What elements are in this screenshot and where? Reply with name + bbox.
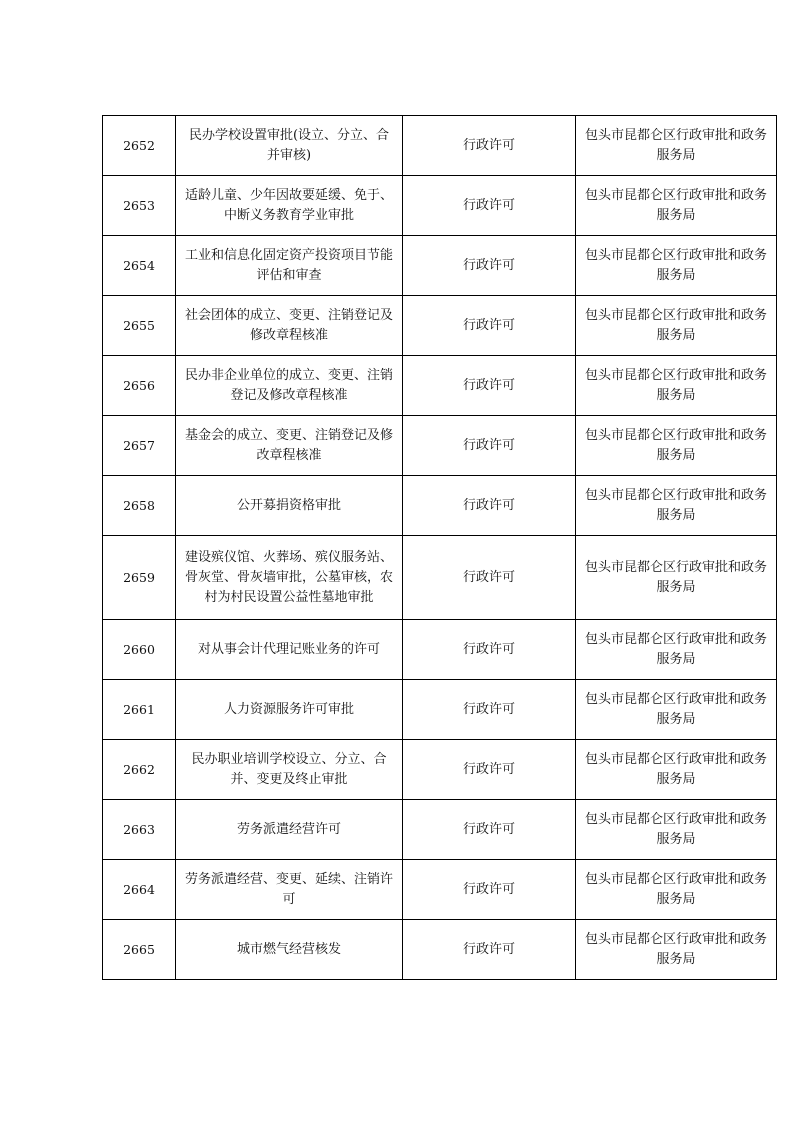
table-row: 2652民办学校设置审批(设立、分立、合并审核)行政许可包头市昆都仑区行政审批和… <box>103 116 777 176</box>
item-department: 包头市昆都仑区行政审批和政务服务局 <box>576 176 777 236</box>
item-type: 行政许可 <box>403 800 576 860</box>
item-number: 2660 <box>103 620 176 680</box>
item-name: 劳务派遣经营许可 <box>176 800 403 860</box>
item-type: 行政许可 <box>403 740 576 800</box>
item-name: 建设殡仪馆、火葬场、殡仪服务站、骨灰堂、骨灰墙审批，公墓审核，农村为村民设置公益… <box>176 536 403 620</box>
item-department: 包头市昆都仑区行政审批和政务服务局 <box>576 740 777 800</box>
item-number: 2655 <box>103 296 176 356</box>
item-type: 行政许可 <box>403 116 576 176</box>
item-number: 2653 <box>103 176 176 236</box>
item-name: 人力资源服务许可审批 <box>176 680 403 740</box>
table-row: 2660对从事会计代理记账业务的许可行政许可包头市昆都仑区行政审批和政务服务局 <box>103 620 777 680</box>
item-name: 劳务派遣经营、变更、延续、注销许可 <box>176 860 403 920</box>
item-type: 行政许可 <box>403 620 576 680</box>
item-department: 包头市昆都仑区行政审批和政务服务局 <box>576 920 777 980</box>
item-department: 包头市昆都仑区行政审批和政务服务局 <box>576 800 777 860</box>
table-row: 2658公开募捐资格审批行政许可包头市昆都仑区行政审批和政务服务局 <box>103 476 777 536</box>
item-type: 行政许可 <box>403 476 576 536</box>
item-type: 行政许可 <box>403 536 576 620</box>
item-department: 包头市昆都仑区行政审批和政务服务局 <box>576 476 777 536</box>
item-number: 2656 <box>103 356 176 416</box>
item-number: 2654 <box>103 236 176 296</box>
item-department: 包头市昆都仑区行政审批和政务服务局 <box>576 620 777 680</box>
item-name: 适龄儿童、少年因故要延缓、免于、中断义务教育学业审批 <box>176 176 403 236</box>
table-row: 2656民办非企业单位的成立、变更、注销登记及修改章程核准行政许可包头市昆都仑区… <box>103 356 777 416</box>
item-type: 行政许可 <box>403 236 576 296</box>
item-department: 包头市昆都仑区行政审批和政务服务局 <box>576 116 777 176</box>
item-type: 行政许可 <box>403 860 576 920</box>
table-row: 2655社会团体的成立、变更、注销登记及修改章程核准行政许可包头市昆都仑区行政审… <box>103 296 777 356</box>
item-type: 行政许可 <box>403 356 576 416</box>
item-department: 包头市昆都仑区行政审批和政务服务局 <box>576 236 777 296</box>
item-number: 2665 <box>103 920 176 980</box>
item-type: 行政许可 <box>403 416 576 476</box>
item-number: 2661 <box>103 680 176 740</box>
item-number: 2659 <box>103 536 176 620</box>
item-type: 行政许可 <box>403 296 576 356</box>
item-name: 对从事会计代理记账业务的许可 <box>176 620 403 680</box>
item-type: 行政许可 <box>403 920 576 980</box>
table-row: 2659建设殡仪馆、火葬场、殡仪服务站、骨灰堂、骨灰墙审批，公墓审核，农村为村民… <box>103 536 777 620</box>
item-name: 社会团体的成立、变更、注销登记及修改章程核准 <box>176 296 403 356</box>
item-type: 行政许可 <box>403 176 576 236</box>
item-department: 包头市昆都仑区行政审批和政务服务局 <box>576 356 777 416</box>
table-row: 2653适龄儿童、少年因故要延缓、免于、中断义务教育学业审批行政许可包头市昆都仑… <box>103 176 777 236</box>
table-row: 2663劳务派遣经营许可行政许可包头市昆都仑区行政审批和政务服务局 <box>103 800 777 860</box>
item-name: 民办非企业单位的成立、变更、注销登记及修改章程核准 <box>176 356 403 416</box>
table-row: 2662民办职业培训学校设立、分立、合并、变更及终止审批行政许可包头市昆都仑区行… <box>103 740 777 800</box>
item-department: 包头市昆都仑区行政审批和政务服务局 <box>576 416 777 476</box>
table-row: 2661人力资源服务许可审批行政许可包头市昆都仑区行政审批和政务服务局 <box>103 680 777 740</box>
item-name: 城市燃气经营核发 <box>176 920 403 980</box>
item-name: 民办职业培训学校设立、分立、合并、变更及终止审批 <box>176 740 403 800</box>
item-number: 2652 <box>103 116 176 176</box>
item-number: 2664 <box>103 860 176 920</box>
item-number: 2663 <box>103 800 176 860</box>
item-number: 2662 <box>103 740 176 800</box>
table-row: 2664劳务派遣经营、变更、延续、注销许可行政许可包头市昆都仑区行政审批和政务服… <box>103 860 777 920</box>
table-row: 2665城市燃气经营核发行政许可包头市昆都仑区行政审批和政务服务局 <box>103 920 777 980</box>
item-name: 基金会的成立、变更、注销登记及修改章程核准 <box>176 416 403 476</box>
table-row: 2657基金会的成立、变更、注销登记及修改章程核准行政许可包头市昆都仑区行政审批… <box>103 416 777 476</box>
item-department: 包头市昆都仑区行政审批和政务服务局 <box>576 536 777 620</box>
item-name: 公开募捐资格审批 <box>176 476 403 536</box>
item-number: 2657 <box>103 416 176 476</box>
item-department: 包头市昆都仑区行政审批和政务服务局 <box>576 680 777 740</box>
approval-items-table: 2652民办学校设置审批(设立、分立、合并审核)行政许可包头市昆都仑区行政审批和… <box>102 115 777 980</box>
item-department: 包头市昆都仑区行政审批和政务服务局 <box>576 860 777 920</box>
item-type: 行政许可 <box>403 680 576 740</box>
item-number: 2658 <box>103 476 176 536</box>
item-department: 包头市昆都仑区行政审批和政务服务局 <box>576 296 777 356</box>
item-name: 民办学校设置审批(设立、分立、合并审核) <box>176 116 403 176</box>
item-name: 工业和信息化固定资产投资项目节能评估和审查 <box>176 236 403 296</box>
table-row: 2654工业和信息化固定资产投资项目节能评估和审查行政许可包头市昆都仑区行政审批… <box>103 236 777 296</box>
